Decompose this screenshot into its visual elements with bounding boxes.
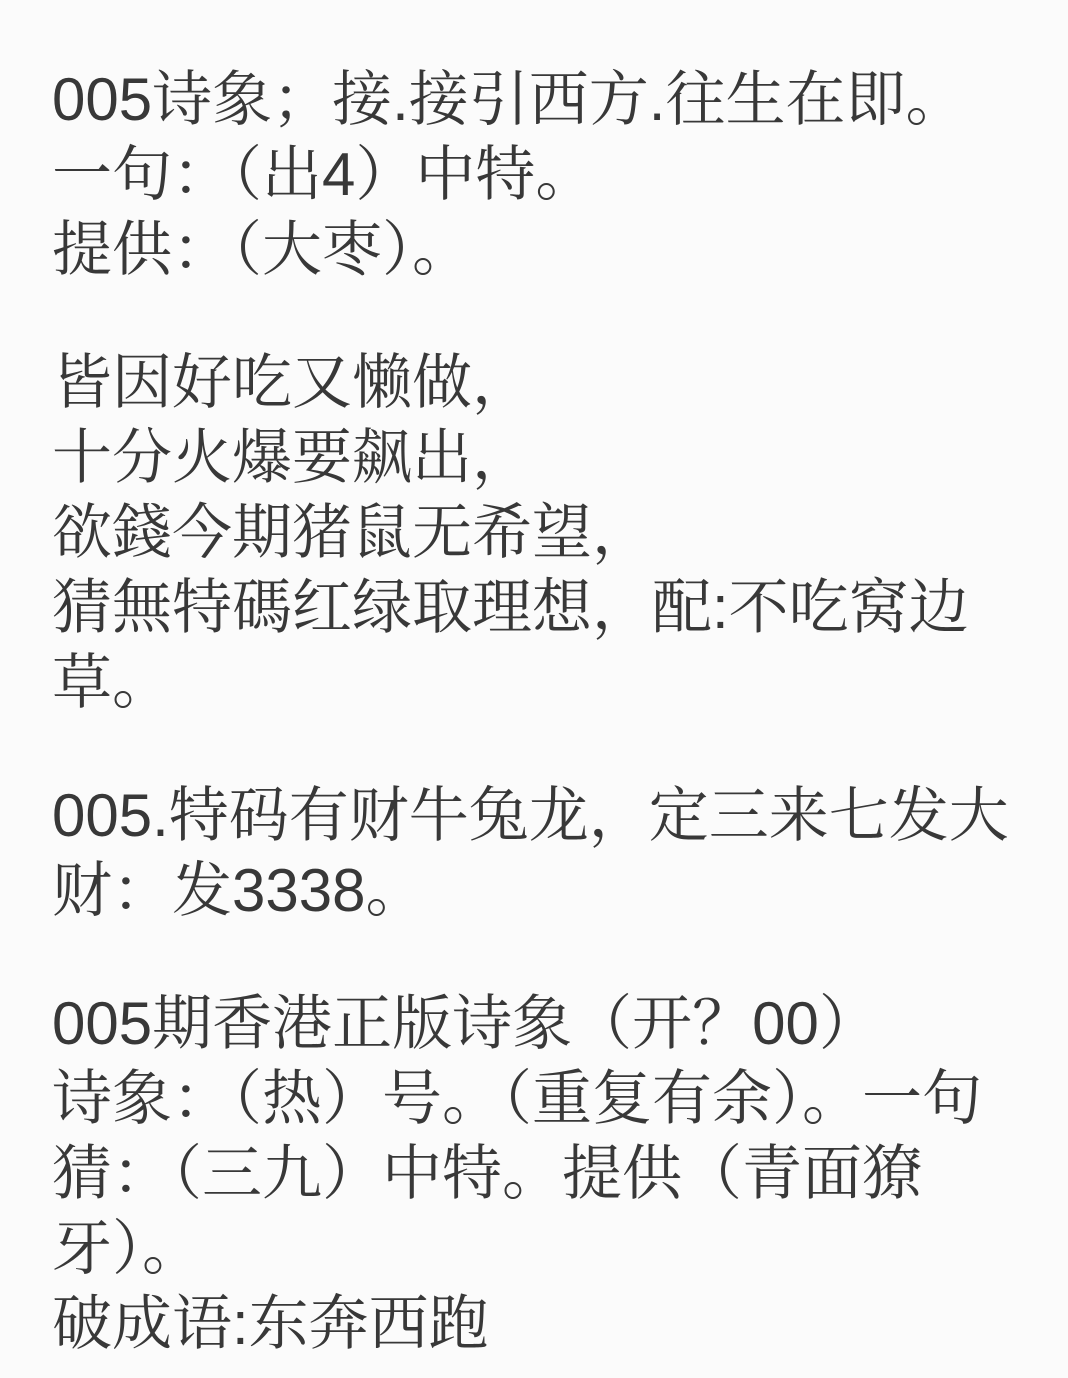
hk-official-block: 005期香港正版诗象（开？00） 诗象：（热）号。（重复有余）。一句猜：（三九）…: [52, 986, 1028, 1361]
special-code-line: 005.特码有财牛兔龙，定三来七发大财：发3338。: [52, 778, 1028, 928]
idiom-line: 破成语:东奔西跑: [52, 1286, 1028, 1361]
verse-line-3: 欲錢今期猪鼠无希望，: [52, 495, 1028, 570]
issue-title-line: 005诗象；接.接引西方.往生在即。: [52, 62, 1028, 137]
special-code-block: 005.特码有财牛兔龙，定三来七发大财：发3338。: [52, 778, 1028, 928]
one-sentence-line: 一句：（出4）中特。: [52, 137, 1028, 212]
hk-title-line: 005期香港正版诗象（开？00）: [52, 986, 1028, 1061]
hk-poem-line: 诗象：（热）号。（重复有余）。一句猜：（三九）中特。提供（青面獠牙）。: [52, 1061, 1028, 1286]
issue-header-block: 005诗象；接.接引西方.往生在即。 一句：（出4）中特。 提供：（大枣）。: [52, 62, 1028, 287]
verse-line-2: 十分火爆要飙出，: [52, 420, 1028, 495]
provide-line: 提供：（大枣）。: [52, 212, 1028, 287]
verse-line-1: 皆因好吃又懒做，: [52, 345, 1028, 420]
verse-block: 皆因好吃又懒做， 十分火爆要飙出， 欲錢今期猪鼠无希望， 猜無特碼红绿取理想，配…: [52, 345, 1028, 720]
verse-line-4: 猜無特碼红绿取理想，配:不吃窝边草。: [52, 570, 1028, 720]
text-content-page: 005诗象；接.接引西方.往生在即。 一句：（出4）中特。 提供：（大枣）。 皆…: [0, 0, 1068, 1378]
